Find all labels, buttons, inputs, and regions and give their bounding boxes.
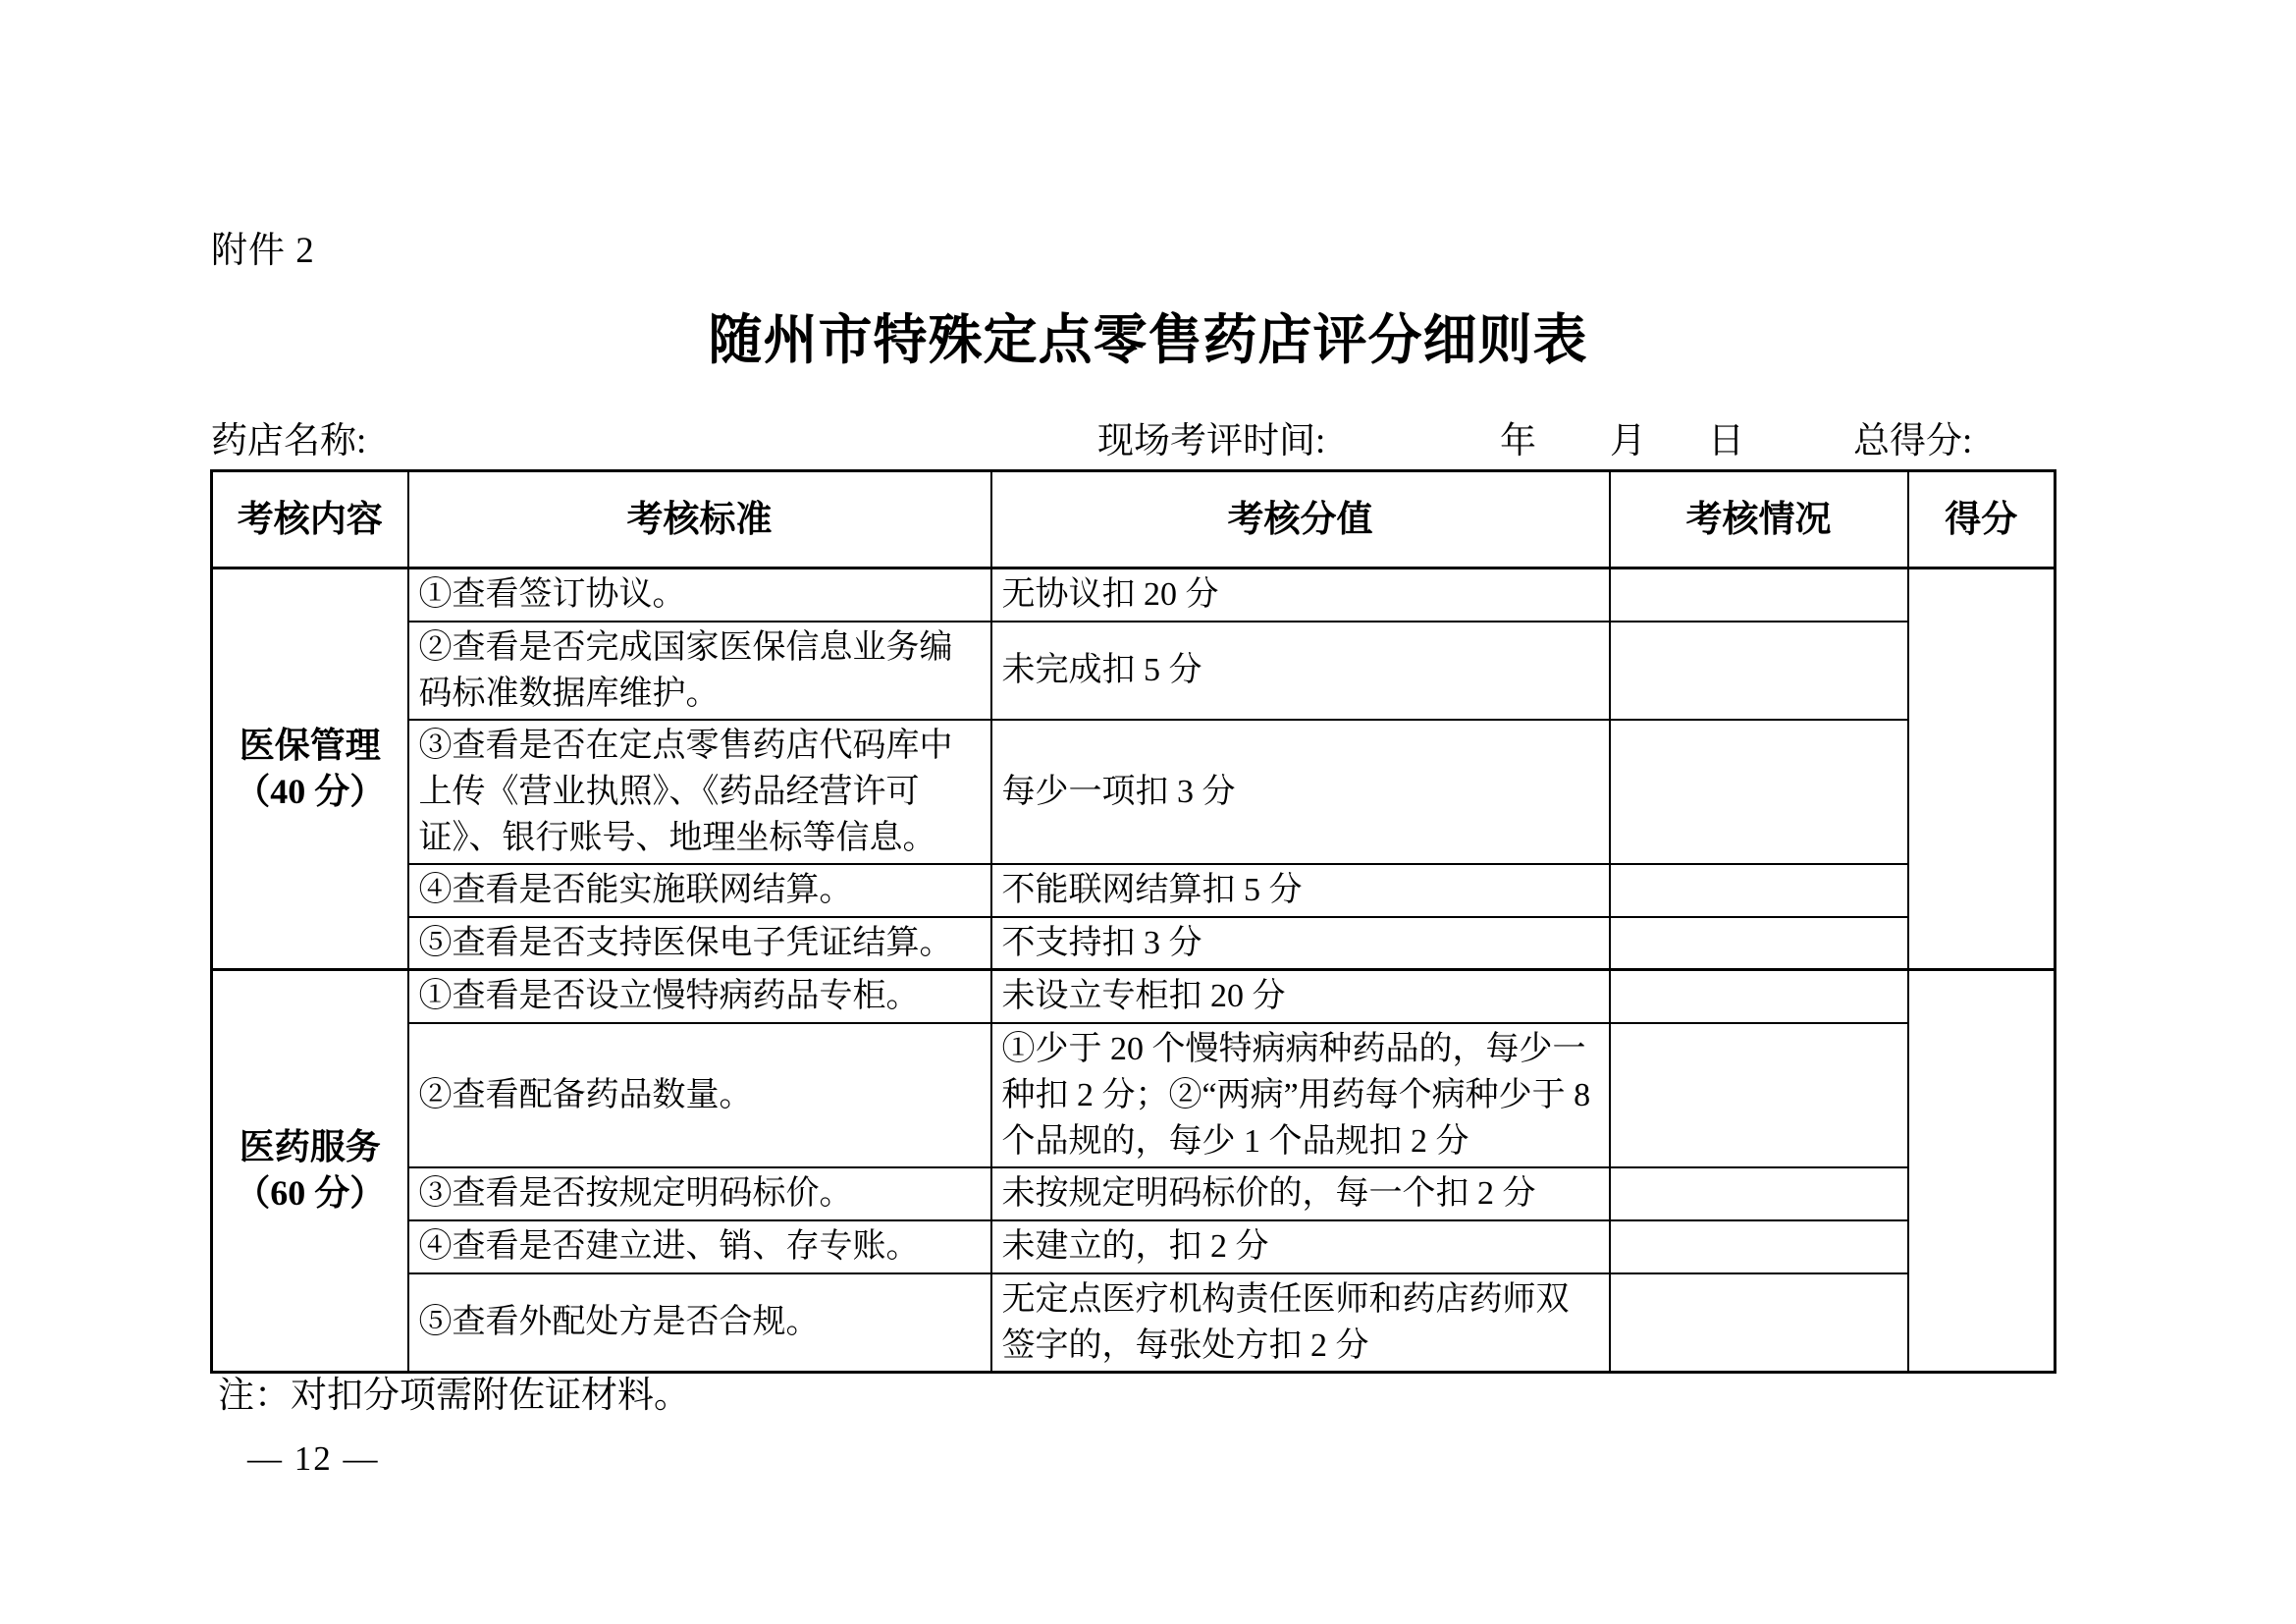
criteria-cell: ⑤查看外配处方是否合规。 (408, 1273, 991, 1373)
score-rule-cell: 未建立的，扣 2 分 (991, 1220, 1610, 1273)
criteria-cell: ②查看配备药品数量。 (408, 1023, 991, 1167)
situation-cell (1610, 864, 1908, 917)
table-row: ⑤查看是否支持医保电子凭证结算。 不支持扣 3 分 (212, 917, 2056, 970)
header-score: 得分 (1908, 471, 2056, 568)
score-rule-cell: 未完成扣 5 分 (991, 622, 1610, 720)
page-number: — 12 — (247, 1439, 380, 1479)
category-score: （60 分） (223, 1170, 398, 1217)
document-page: 附件 2 随州市特殊定点零售药店评分细则表 药店名称: 现场考评时间: 年 月 … (0, 0, 2296, 1624)
criteria-cell: ④查看是否建立进、销、存专账。 (408, 1220, 991, 1273)
table-header-row: 考核内容 考核标准 考核分值 考核情况 得分 (212, 471, 2056, 568)
criteria-cell: ④查看是否能实施联网结算。 (408, 864, 991, 917)
day-label: 日 (1708, 410, 1744, 463)
eval-time-label: 现场考评时间: (1097, 410, 1325, 463)
situation-cell (1610, 970, 1908, 1023)
scoring-table: 考核内容 考核标准 考核分值 考核情况 得分 医保管理 （40 分） ①查看签订… (210, 469, 2056, 1374)
category-name: 医保管理 (223, 723, 398, 769)
criteria-cell: ③查看是否在定点零售药店代码库中上传《营业执照》、《药品经营许可证》、银行账号、… (408, 720, 991, 864)
table-row: ②查看是否完成国家医保信息业务编码标准数据库维护。 未完成扣 5 分 (212, 622, 2056, 720)
situation-cell (1610, 1167, 1908, 1220)
table-row: ④查看是否建立进、销、存专账。 未建立的，扣 2 分 (212, 1220, 2056, 1273)
header-content: 考核内容 (212, 471, 408, 568)
table-row: ④查看是否能实施联网结算。 不能联网结算扣 5 分 (212, 864, 2056, 917)
table-row: ③查看是否按规定明码标价。 未按规定明码标价的，每一个扣 2 分 (212, 1167, 2056, 1220)
meta-line: 药店名称: 现场考评时间: 年 月 日 总得分: (0, 410, 2296, 460)
situation-cell (1610, 720, 1908, 864)
criteria-cell: ①查看签订协议。 (408, 568, 991, 622)
score-cell (1908, 568, 2056, 970)
table-row: ⑤查看外配处方是否合规。 无定点医疗机构责任医师和药店药师双签字的，每张处方扣 … (212, 1273, 2056, 1373)
month-label: 月 (1610, 410, 1646, 463)
header-situation: 考核情况 (1610, 471, 1908, 568)
criteria-cell: ①查看是否设立慢特病药品专柜。 (408, 970, 991, 1023)
store-name-label: 药店名称: (211, 410, 366, 463)
score-rule-cell: 未按规定明码标价的，每一个扣 2 分 (991, 1167, 1610, 1220)
category-cell-service: 医药服务 （60 分） (212, 970, 408, 1373)
score-rule-cell: 不支持扣 3 分 (991, 917, 1610, 970)
situation-cell (1610, 568, 1908, 622)
criteria-cell: ③查看是否按规定明码标价。 (408, 1167, 991, 1220)
criteria-cell: ②查看是否完成国家医保信息业务编码标准数据库维护。 (408, 622, 991, 720)
score-rule-cell: 无协议扣 20 分 (991, 568, 1610, 622)
table-row: ③查看是否在定点零售药店代码库中上传《营业执照》、《药品经营许可证》、银行账号、… (212, 720, 2056, 864)
year-label: 年 (1500, 410, 1536, 463)
score-rule-cell: 每少一项扣 3 分 (991, 720, 1610, 864)
page-title: 随州市特殊定点零售药店评分细则表 (0, 297, 2296, 374)
score-rule-cell: 不能联网结算扣 5 分 (991, 864, 1610, 917)
table-row: 医药服务 （60 分） ①查看是否设立慢特病药品专柜。 未设立专柜扣 20 分 (212, 970, 2056, 1023)
attachment-label: 附件 2 (211, 220, 315, 273)
category-cell-insurance: 医保管理 （40 分） (212, 568, 408, 970)
score-cell (1908, 970, 2056, 1373)
header-criteria: 考核标准 (408, 471, 991, 568)
total-score-label: 总得分: (1853, 410, 1972, 463)
score-rule-cell: ①少于 20 个慢特病病种药品的，每少一种扣 2 分；②“两病”用药每个病种少于… (991, 1023, 1610, 1167)
situation-cell (1610, 622, 1908, 720)
table-row: 医保管理 （40 分） ①查看签订协议。 无协议扣 20 分 (212, 568, 2056, 622)
header-score-value: 考核分值 (991, 471, 1610, 568)
score-rule-cell: 无定点医疗机构责任医师和药店药师双签字的，每张处方扣 2 分 (991, 1273, 1610, 1373)
category-score: （40 分） (223, 769, 398, 815)
situation-cell (1610, 1220, 1908, 1273)
criteria-cell: ⑤查看是否支持医保电子凭证结算。 (408, 917, 991, 970)
situation-cell (1610, 1023, 1908, 1167)
score-rule-cell: 未设立专柜扣 20 分 (991, 970, 1610, 1023)
footnote: 注：对扣分项需附佐证材料。 (218, 1365, 690, 1418)
situation-cell (1610, 1273, 1908, 1373)
table-row: ②查看配备药品数量。 ①少于 20 个慢特病病种药品的，每少一种扣 2 分；②“… (212, 1023, 2056, 1167)
category-name: 医药服务 (223, 1124, 398, 1170)
situation-cell (1610, 917, 1908, 970)
